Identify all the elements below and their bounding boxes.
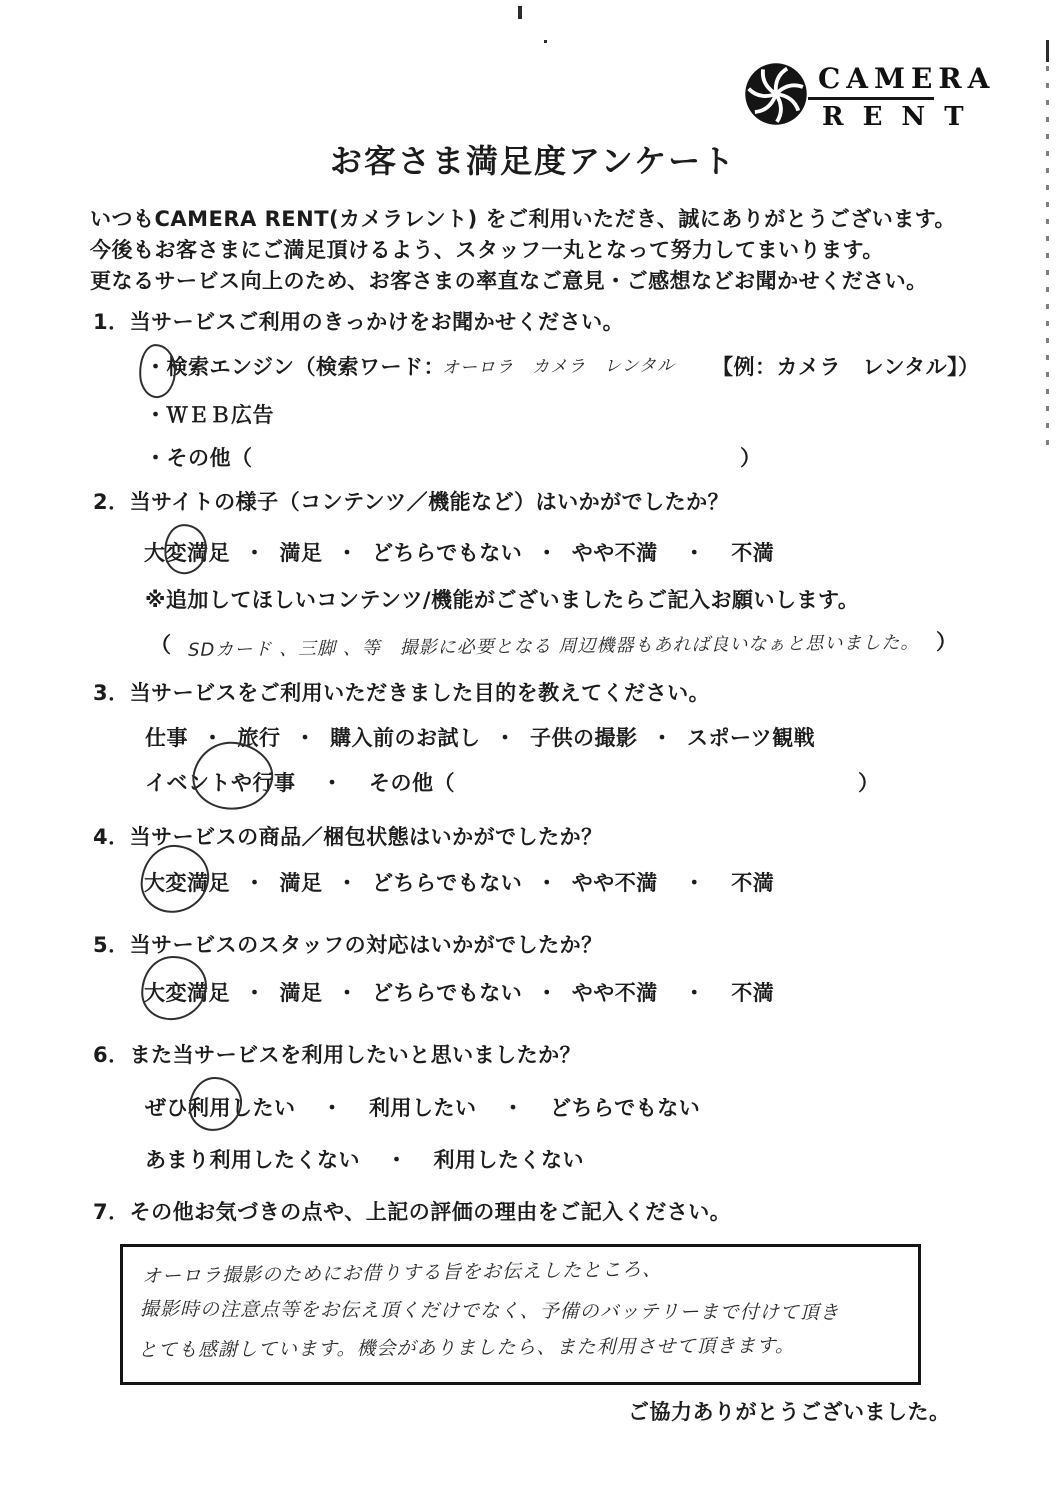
option-separator: ・ — [244, 541, 266, 565]
option-separator: ・ — [503, 1096, 525, 1120]
option-separator: ・ — [684, 981, 706, 1005]
q4-option-dissatisfied: 不満 — [731, 871, 774, 895]
option-separator: ・ — [386, 1148, 408, 1172]
q4-option-neutral: どちらでもない — [372, 871, 522, 895]
q6-option-rather-not-use: あまり利用したくない — [145, 1148, 360, 1172]
option-separator: ・ — [536, 981, 558, 1005]
q6-option-use-again: 利用したい — [369, 1096, 477, 1120]
intro-line-2: 今後もお客さまにご満足頂けるよう、スタッフ一丸となって努力してまいります。 — [90, 234, 884, 264]
scan-artifact-edge-dashes — [1046, 66, 1049, 446]
brand-divider-rule — [808, 97, 934, 100]
q1-heading: 1．当サービスご利用のきっかけをお聞かせください。 — [93, 306, 624, 336]
scanned-survey-page: CAMERA RENT お客さま満足度アンケート いつもCAMERA RENT(… — [0, 0, 1060, 1496]
q3-option-sports: スポーツ観戦 — [687, 726, 815, 750]
option-separator: ・ — [322, 1096, 344, 1120]
scan-artifact-edge-line — [1046, 40, 1049, 62]
page-title: お客さま満足度アンケート — [330, 136, 736, 182]
q6-option-neutral: どちらでもない — [550, 1096, 700, 1120]
brand-name-bottom: RENT — [822, 102, 983, 132]
q5-option-somewhat-dissatisfied: やや不満 — [572, 981, 658, 1005]
option-separator: ・ — [244, 981, 266, 1005]
q4-selected-circle — [139, 843, 212, 916]
q5-option-satisfied: 満足 — [280, 981, 323, 1005]
q2-option-dissatisfied: 不満 — [731, 541, 774, 565]
q2-heading: 2．当サイトの様子（コンテンツ／機能など）はいかがでしたか？ — [93, 486, 729, 516]
option-separator: ・ — [495, 726, 517, 750]
q2-answer-open-paren: （ — [150, 629, 172, 659]
q1-option-search-engine: ・検索エンジン（検索ワード： — [145, 351, 445, 381]
option-separator: ・ — [337, 981, 359, 1005]
q5-selected-circle — [139, 954, 208, 1021]
q5-heading: 5．当サービスのスタッフの対応はいかがでしたか？ — [93, 929, 603, 959]
camera-rent-aperture-logo-icon — [744, 62, 808, 126]
q6-selected-circle — [188, 1076, 243, 1132]
option-separator: ・ — [536, 541, 558, 565]
option-separator: ・ — [652, 726, 674, 750]
q2-option-satisfied: 満足 — [280, 541, 323, 565]
q1-search-keyword-handwriting: オーロラ カメラ レンタル — [442, 351, 675, 378]
q1-search-example: 【例：カメラ レンタル】） — [712, 351, 980, 381]
q4-options-row: 大変満足・満足・どちらでもない・やや不満・不満 — [144, 867, 774, 897]
q7-heading: 7．その他お気づきの点や、上記の評価の理由をご記入ください。 — [93, 1196, 731, 1226]
q3-option-kids-photo: 子供の撮影 — [530, 726, 638, 750]
q2-answer-handwriting: SDカード 、三脚 、等 撮影に必要となる 周辺機器もあれば良いなぁと思いました… — [188, 628, 920, 662]
q3-option-work: 仕事 — [145, 726, 188, 750]
option-separator: ・ — [244, 871, 266, 895]
q2-option-somewhat-dissatisfied: やや不満 — [572, 541, 658, 565]
q2-answer-close-paren: ） — [936, 626, 958, 656]
q3-option-trial-before-purchase: 購入前のお試し — [330, 726, 481, 750]
intro-line-3: 更なるサービス向上のため、お客さまの率直なご意見・ご感想などお聞かせください。 — [90, 265, 928, 295]
q1-option-web-ad: ・ＷＥＢ広告 — [145, 399, 274, 429]
option-separator: ・ — [684, 871, 706, 895]
option-separator: ・ — [337, 871, 359, 895]
option-separator: ・ — [322, 771, 344, 795]
q6-heading: 6．また当サービスを利用したいと思いましたか？ — [93, 1039, 581, 1069]
option-separator: ・ — [684, 541, 706, 565]
option-separator: ・ — [295, 726, 317, 750]
q3-other-close-paren: ） — [858, 767, 880, 797]
scan-artifact-tick — [518, 6, 522, 19]
q6-option-not-use: 利用したくない — [434, 1148, 585, 1172]
q2-selected-circle — [162, 522, 210, 576]
brand-name-top: CAMERA — [818, 62, 995, 95]
option-separator: ・ — [337, 541, 359, 565]
intro-line-1: いつもCAMERA RENT(カメラレント) をご利用いただき、誠にありがとうご… — [90, 203, 956, 233]
q5-option-dissatisfied: 不満 — [731, 981, 774, 1005]
q4-option-satisfied: 満足 — [280, 871, 323, 895]
option-separator: ・ — [536, 871, 558, 895]
q3-option-other: その他（ — [369, 771, 455, 795]
q4-option-somewhat-dissatisfied: やや不満 — [572, 871, 658, 895]
q5-option-neutral: どちらでもない — [372, 981, 522, 1005]
q2-option-neutral: どちらでもない — [372, 541, 522, 565]
q5-options-row: 大変満足・満足・どちらでもない・やや不満・不満 — [144, 977, 774, 1007]
q2-note: ※追加してほしいコンテンツ/機能がございましたらご記入お願いします。 — [145, 584, 859, 614]
q6-options-row2: あまり利用したくない・利用したくない — [145, 1144, 584, 1174]
q2-options-row: 大変満足・満足・どちらでもない・やや不満・不満 — [144, 537, 774, 567]
q1-option-other-close-paren: ） — [740, 442, 762, 472]
q7-comment-handwriting-line2: 撮影時の注意点等をお伝え頂くだけでなく、予備のバッテリーまで付けて頂き — [140, 1294, 840, 1325]
scan-artifact-dot — [544, 40, 547, 43]
q7-comment-handwriting-line3: とても感謝しています。機会がありましたら、また利用させて頂きます。 — [138, 1331, 795, 1363]
closing-thanks-text: ご協力ありがとうございました。 — [628, 1396, 951, 1426]
q1-option-other: ・その他（ — [145, 442, 253, 472]
q3-heading: 3．当サービスをご利用いただきました目的を教えてください。 — [93, 677, 710, 707]
